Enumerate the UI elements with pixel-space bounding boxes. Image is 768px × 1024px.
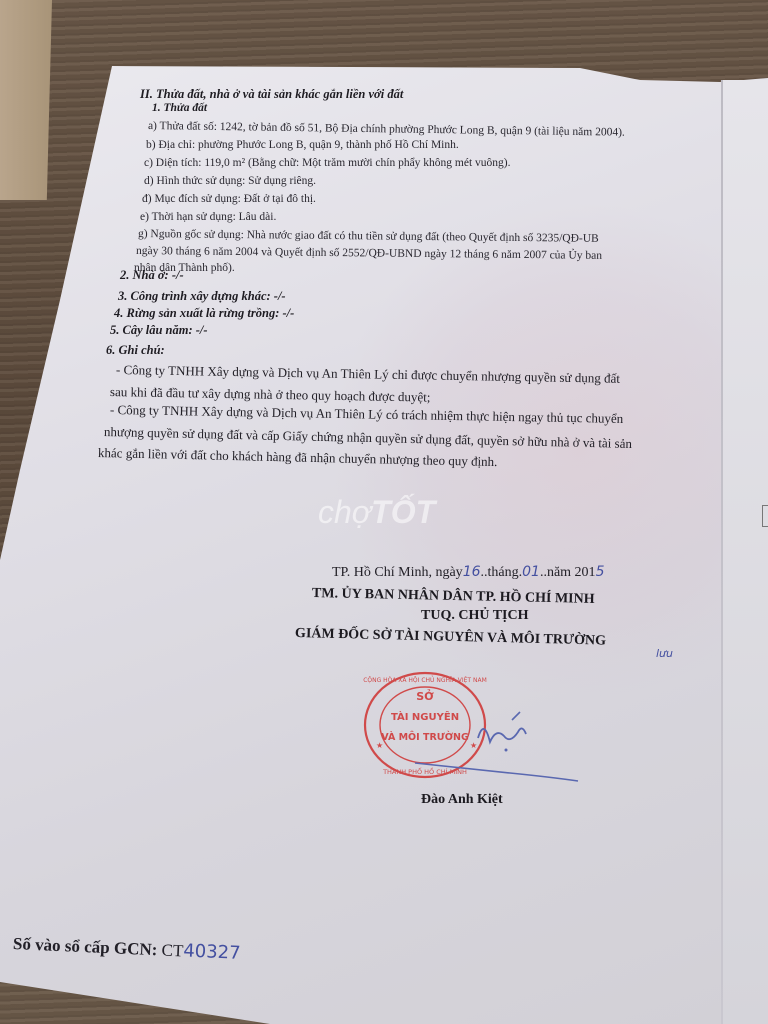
table-edge	[0, 0, 52, 200]
date-prefix: TP. Hồ Chí Minh, ngày	[332, 565, 463, 580]
section-title: II. Thửa đất, nhà ở và tài sản khác gắn …	[140, 87, 403, 102]
date-month: 01	[522, 564, 540, 580]
registry-number: 40327	[183, 940, 241, 963]
date-day: 16	[463, 564, 481, 580]
year-label: ..năm 201	[540, 565, 596, 580]
date-line: TP. Hồ Chí Minh, ngày16..tháng.01..năm 2…	[332, 564, 604, 581]
subsection-land: 1. Thửa đất	[152, 102, 207, 114]
section-house: 2. Nhà ở: -/-	[120, 268, 184, 283]
date-year-digit: 5	[596, 564, 605, 580]
section-notes: 6. Ghi chú:	[106, 343, 165, 358]
proxy-line: TUQ. CHỦ TỊCH	[421, 608, 528, 624]
section-forest: 4. Rừng sản xuất là rừng trồng: -/-	[114, 306, 294, 321]
stamp-center-1: SỞ	[416, 689, 434, 703]
page-fold	[721, 80, 723, 1024]
stamp-center-2: TÀI NGUYÊN	[391, 710, 459, 723]
signature-mark	[470, 708, 540, 758]
signer-name: Đào Anh Kiệt	[421, 792, 503, 808]
section-other-construction: 3. Công trình xây dựng khác: -/-	[118, 289, 286, 304]
land-item-b: b) Địa chỉ: phường Phước Long B, quận 9,…	[146, 139, 459, 151]
month-label: ..tháng.	[481, 565, 523, 580]
stamp-outer-top: CỘNG HÒA XÃ HỘI CHỦ NGHĨA VIỆT NAM	[363, 676, 487, 684]
chotot-watermark: chợTỐT	[318, 494, 435, 531]
section-perennial: 5. Cây lâu năm: -/-	[110, 323, 208, 338]
adjacent-page	[723, 80, 768, 1024]
registry-prefix: CT	[161, 940, 184, 960]
land-item-dd: đ) Mục đích sử dụng: Đất ở tại đô thị.	[142, 193, 316, 205]
handwritten-initials: lưu	[656, 647, 673, 660]
signature-scribble	[410, 755, 580, 785]
land-item-e: e) Thời hạn sử dụng: Lâu dài.	[140, 211, 276, 223]
land-item-d: d) Hình thức sử dụng: Sử dụng riêng.	[144, 175, 316, 187]
adjacent-page-box	[762, 505, 768, 527]
land-item-c: c) Diện tích: 119,0 m² (Bằng chữ: Một tr…	[144, 157, 511, 169]
stamp-center-3: VÀ MÔI TRƯỜNG	[381, 731, 469, 743]
stamp-star-icon: ★	[376, 741, 383, 750]
